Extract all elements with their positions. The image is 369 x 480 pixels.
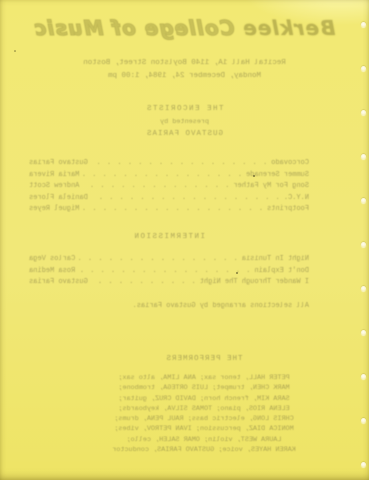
binding-hole xyxy=(361,154,366,159)
piece-title: Don't Explain xyxy=(254,266,309,278)
program-row: Don't Explain Rosa Medina xyxy=(29,266,309,278)
program-list-part1: Corcovado Gustavo Farias Summer Serenade… xyxy=(29,158,309,216)
binding-hole xyxy=(361,286,366,291)
piece-performer: Andrew Scott xyxy=(29,181,79,193)
piece-title: Corcovado xyxy=(271,158,309,170)
performers-line: MONICA DIAZ, percussion; IVAN PETROV, vi… xyxy=(69,424,339,434)
piece-title: Summer Serenade xyxy=(246,170,309,182)
dot-leader xyxy=(79,254,238,266)
program-row: Night In Tunisia Carlos Vega xyxy=(29,254,309,266)
performers-line: PETER HALL, tenor sax; ANA LIMA, alto sa… xyxy=(69,373,339,383)
binding-hole xyxy=(361,66,366,71)
performers-line: MARK CHEN, trumpet; LUIS ORTEGA, trombon… xyxy=(69,383,339,393)
piece-performer: Daniela Flores xyxy=(29,193,88,205)
piece-performer: Carlos Vega xyxy=(29,254,75,266)
dot-leader xyxy=(79,266,250,278)
paper-speck xyxy=(253,175,255,177)
paper-speck xyxy=(236,272,238,274)
binding-hole xyxy=(361,110,366,115)
piece-title: I Wander Through The Night xyxy=(200,277,309,289)
intermission-heading: INTERMISSION xyxy=(29,233,309,241)
binding-hole xyxy=(361,330,366,335)
piece-performer: Miguel Reyes xyxy=(29,204,79,216)
presented-by-label: presented by xyxy=(0,118,369,126)
logo-outline-words: College of Music xyxy=(34,16,243,40)
recital-title: THE ENCORISTS xyxy=(0,105,369,113)
logo-bold-word: Berklee xyxy=(242,16,335,40)
presenter-name: GUSTAVO FARIAS xyxy=(0,130,369,138)
program-row: Song For My Father Andrew Scott xyxy=(29,181,309,193)
bleed-through-layer: Berklee College of Music Recital Hall 1A… xyxy=(0,0,369,480)
venue-line: Recital Hall 1A, 1140 Boylston Street, B… xyxy=(0,59,369,67)
performers-line: SARA KIM, french horn; DAVID CRUZ, guita… xyxy=(69,394,339,404)
program-sheet-back-page: Berklee College of Music Recital Hall 1A… xyxy=(0,0,369,480)
program-row: N.Y.C. Daniela Flores xyxy=(29,193,309,205)
performers-heading: THE PERFORMERS xyxy=(69,355,339,363)
program-list-part2: Night In Tunisia Carlos Vega Don't Expla… xyxy=(29,254,309,289)
performers-list: PETER HALL, tenor sax; ANA LIMA, alto sa… xyxy=(69,373,339,455)
program-row: Corcovado Gustavo Farias xyxy=(29,158,309,170)
piece-performer: Rosa Medina xyxy=(29,266,75,278)
paper-speck xyxy=(14,50,16,52)
dot-leader xyxy=(83,204,263,216)
dot-leader xyxy=(92,277,196,289)
dot-leader xyxy=(92,158,267,170)
binding-hole xyxy=(361,198,366,203)
performers-line: LAURA WEST, violin; OMAR SALEH, cello; xyxy=(69,435,339,445)
arranger-credit-line: All selections arranged by Gustavo Faria… xyxy=(133,302,309,310)
binding-hole xyxy=(361,22,366,27)
piece-title: Footprints xyxy=(267,204,309,216)
piece-title: Song For My Father xyxy=(233,181,309,193)
datetime-line: Monday, December 24, 1984, 1:00 pm xyxy=(0,72,369,80)
berklee-logo: Berklee College of Music xyxy=(0,16,369,40)
performers-line: ELENA RIOS, piano; TOMAS SILVA, keyboard… xyxy=(69,404,339,414)
performers-line: CHRIS LONG, electric bass; RAUL PENA, dr… xyxy=(69,414,339,424)
program-row: Summer Serenade Maria Rivera xyxy=(29,170,309,182)
piece-title: N.Y.C. xyxy=(284,193,309,205)
binding-hole xyxy=(361,462,366,467)
binding-hole xyxy=(361,418,366,423)
dot-leader xyxy=(83,181,229,193)
program-row: I Wander Through The Night Gustavo Faria… xyxy=(29,277,309,289)
program-row: Footprints Miguel Reyes xyxy=(29,204,309,216)
piece-performer: Gustavo Farias xyxy=(29,277,88,289)
dot-leader xyxy=(83,170,242,182)
binding-hole xyxy=(361,374,366,379)
piece-performer: Maria Rivera xyxy=(29,170,79,182)
binding-hole xyxy=(361,242,366,247)
piece-performer: Gustavo Farias xyxy=(29,158,88,170)
piece-title: Night In Tunisia xyxy=(242,254,309,266)
dot-leader xyxy=(92,193,280,205)
performers-line: KAREN HAYES, voice; GUSTAVO FARIAS, cond… xyxy=(69,445,339,455)
